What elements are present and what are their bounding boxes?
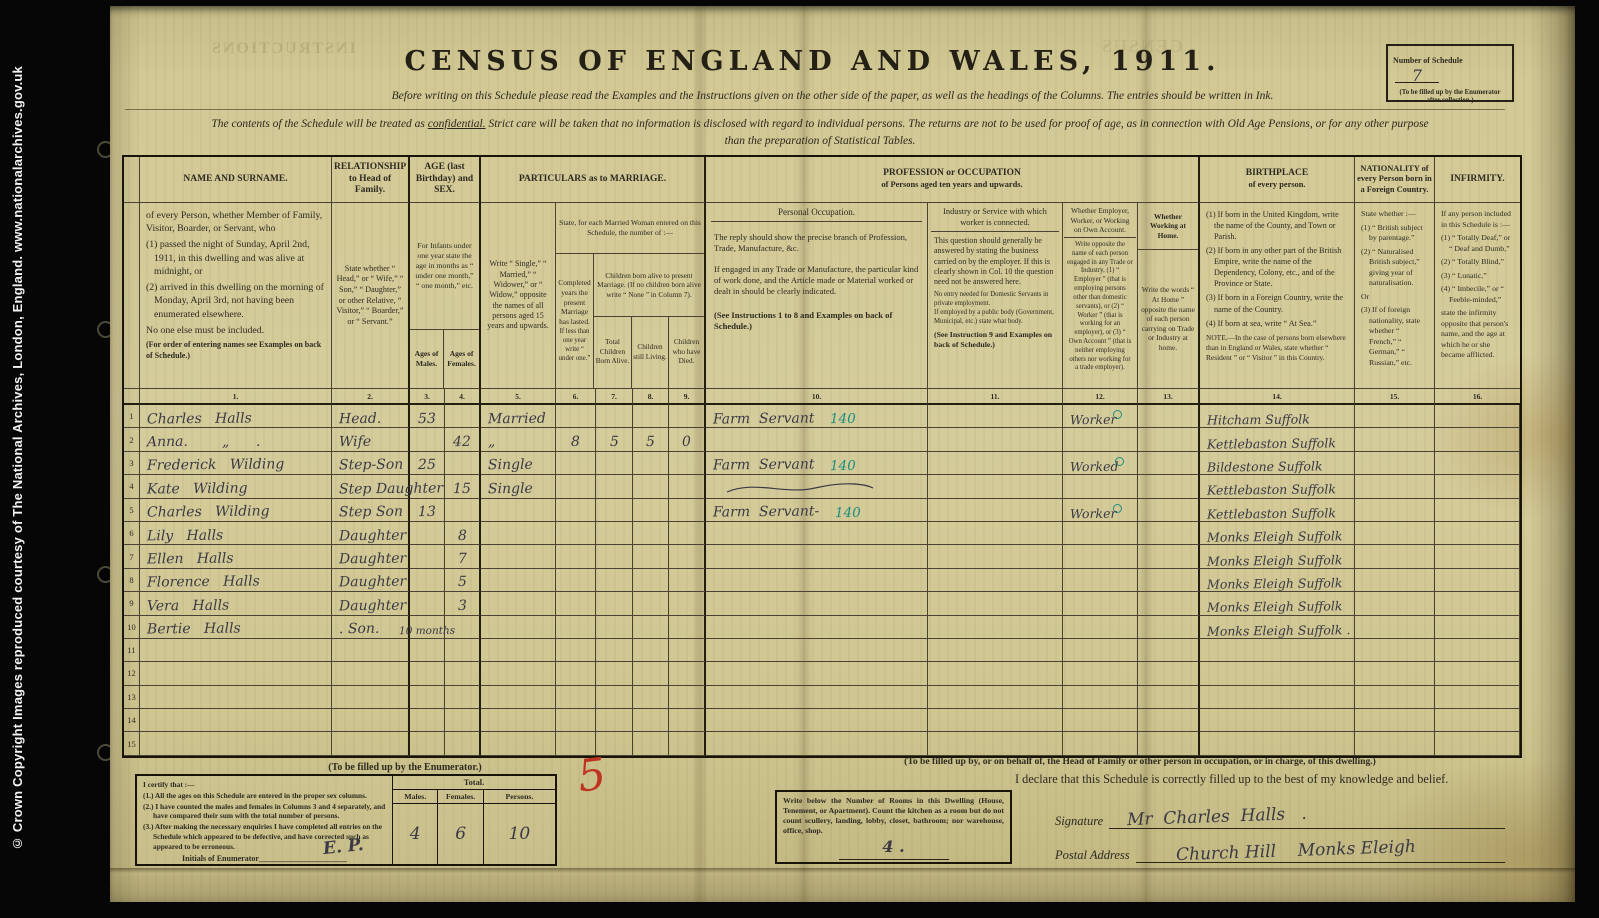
head-of-family-section-heading: (To be filled up by, or on behalf of, th…: [770, 756, 1510, 767]
cell-children-living: [633, 405, 669, 428]
cell-age-males: 53: [410, 405, 445, 428]
cell-marriage: [481, 639, 556, 662]
cell-at-home: [1138, 686, 1200, 709]
table-header-descriptions: of every Person, whether Member of Famil…: [124, 203, 1520, 389]
cell-industry: [928, 522, 1063, 545]
table-row: 12: [124, 662, 1520, 685]
paper-crease: [110, 868, 1575, 873]
cell-children-living: [633, 662, 669, 685]
cell-age-males: [410, 709, 445, 732]
divider: [125, 109, 1505, 110]
cell-age-males: [410, 686, 445, 709]
cell-marriage: [481, 709, 556, 732]
desc-nationality: State whether :— (1) “ British subject b…: [1355, 203, 1435, 389]
postal-address-handwriting: Church Hill Monks Eleigh: [1175, 837, 1415, 865]
schedule-number-value: 7: [1395, 70, 1439, 83]
cell-marriage: Single: [481, 475, 556, 498]
cell-years-married: [556, 405, 596, 428]
cell-children-living: [633, 616, 669, 639]
cell-occupation: [706, 732, 928, 755]
desc-children-total: Total Children Born Alive.: [594, 317, 632, 388]
column-number: 10.: [706, 389, 928, 405]
cell-occupation: Farm Servant-140: [706, 499, 928, 522]
cell-name: Florence Halls: [140, 569, 332, 592]
cell-nationality: [1355, 569, 1435, 592]
desc-age-infants: For Infants under one year state the age…: [410, 203, 479, 330]
cell-name: Frederick Wilding: [140, 452, 332, 475]
cell-industry: [928, 452, 1063, 475]
cell-infirmity last: [1435, 569, 1520, 592]
cell-relationship: [332, 732, 410, 755]
cell-birthplace: Monks Eleigh Suffolk: [1200, 522, 1355, 545]
cell-industry: [928, 616, 1063, 639]
cell-at-home: [1138, 405, 1200, 428]
row-number: 2: [124, 428, 140, 451]
table-row: 14: [124, 709, 1520, 732]
enumerator-initials-handwriting: E. P.: [322, 833, 365, 860]
cell-marriage: [481, 569, 556, 592]
cell-industry: [928, 662, 1063, 685]
cell-at-home: [1138, 709, 1200, 732]
cell-marriage: [481, 592, 556, 615]
cell-infirmity last: [1435, 522, 1520, 545]
cell-nationality: [1355, 452, 1435, 475]
cell-age-females: 8: [445, 522, 481, 545]
cell-relationship: [332, 709, 410, 732]
instruction-line-1: Before writing on this Schedule please r…: [240, 90, 1425, 102]
cell-employer: [1063, 732, 1138, 755]
cell-name: [140, 662, 332, 685]
cell-children-born: [596, 592, 633, 615]
cell-children-born: [596, 452, 633, 475]
cell-children-born: [596, 522, 633, 545]
cell-at-home: [1138, 662, 1200, 685]
cell-employer: [1063, 569, 1138, 592]
cell-children-born: [596, 662, 633, 685]
table-row: 9Vera HallsDaughter3Monks Eleigh Suffolk: [124, 592, 1520, 615]
cell-children-died: [669, 709, 706, 732]
cell-nationality: [1355, 522, 1435, 545]
red-pencil-mark: 5: [575, 752, 608, 799]
signature-row: Signature Mr Charles Halls .: [1055, 806, 1505, 829]
cell-employer: [1063, 428, 1138, 451]
schedule-paper: INSTRUCTIONS CENSUS CENSUS OF ENGLAND AN…: [110, 6, 1575, 902]
cell-birthplace: Bildestone Suffolk: [1200, 452, 1355, 475]
cell-birthplace: Monks Eleigh Suffolk: [1200, 569, 1355, 592]
cell-years-married: [556, 475, 596, 498]
column-number: 3.: [410, 389, 445, 405]
table-row: 8Florence HallsDaughter5Monks Eleigh Suf…: [124, 569, 1520, 592]
cell-industry: [928, 405, 1063, 428]
table-row: 1Charles HallsHead.53MarriedFarm Servant…: [124, 405, 1520, 428]
cell-at-home: [1138, 499, 1200, 522]
census-schedule-scan: © Crown Copyright Images reproduced cour…: [0, 0, 1599, 918]
cell-relationship: [332, 686, 410, 709]
cell-occupation: [706, 545, 928, 568]
cell-at-home: [1138, 475, 1200, 498]
cell-children-died: [669, 522, 706, 545]
desc-ages-females: Ages of Females.: [444, 330, 479, 388]
form-title: CENSUS OF ENGLAND AND WALES, 1911.: [170, 46, 1455, 77]
cell-nationality: [1355, 592, 1435, 615]
cell-occupation: [706, 569, 928, 592]
column-number: 15.: [1355, 389, 1435, 405]
cell-birthplace: Monks Eleigh Suffolk: [1200, 545, 1355, 568]
cell-at-home: [1138, 452, 1200, 475]
desc-infirmity: If any person included in this Schedule …: [1435, 203, 1520, 389]
table-row: 4Kate WildingStep Daughter15SingleKettle…: [124, 475, 1520, 498]
cell-employer: [1063, 662, 1138, 685]
cell-marriage: [481, 522, 556, 545]
cell-at-home: [1138, 732, 1200, 755]
cell-age-females: 5: [445, 569, 481, 592]
cell-employer: [1063, 616, 1138, 639]
table-header-groups: NAME AND SURNAME. RELATIONSHIP to Head o…: [124, 157, 1520, 203]
cell-industry: [928, 545, 1063, 568]
signature-label: Signature: [1055, 814, 1103, 829]
cell-years-married: [556, 545, 596, 568]
table-row: 5Charles WildingStep Son13Farm Servant-1…: [124, 499, 1520, 522]
row-number: 8: [124, 569, 140, 592]
cell-children-born: [596, 499, 633, 522]
cell-children-born: [596, 405, 633, 428]
row-number: 13: [124, 686, 140, 709]
cell-name: Kate Wilding: [140, 475, 332, 498]
cell-age-males: [410, 545, 445, 568]
cell-industry: [928, 686, 1063, 709]
signature-handwriting: Mr Charles Halls .: [1127, 804, 1307, 830]
cell-years-married: [556, 616, 596, 639]
table-row: 15: [124, 732, 1520, 755]
cell-age-males: [410, 569, 445, 592]
cell-children-died: 0: [669, 428, 706, 451]
row-number: 12: [124, 662, 140, 685]
header-gutter: [124, 157, 140, 203]
totals-box: Total. Males. 4 Females. 6 Persons. 10: [393, 776, 555, 864]
cell-nationality: [1355, 545, 1435, 568]
cell-industry: [928, 709, 1063, 732]
cell-name: Ellen Halls: [140, 545, 332, 568]
desc-children-head: Children born alive to present Marriage.…: [594, 254, 704, 317]
occupation-code: 140: [830, 459, 856, 473]
cell-marriage: [481, 732, 556, 755]
cell-industry: [928, 499, 1063, 522]
desc-age: For Infants under one year state the age…: [410, 203, 481, 389]
desc-name: of every Person, whether Member of Famil…: [140, 203, 332, 389]
header-gutter: [124, 203, 140, 389]
cell-children-living: [633, 569, 669, 592]
cell-name: [140, 732, 332, 755]
cell-years-married: [556, 709, 596, 732]
cell-occupation: [706, 616, 928, 639]
cell-birthplace: [1200, 732, 1355, 755]
cell-years-married: [556, 522, 596, 545]
cell-age-females: [445, 499, 481, 522]
cell-nationality: [1355, 405, 1435, 428]
column-number: 11.: [928, 389, 1063, 405]
cell-children-living: [633, 592, 669, 615]
cell-years-married: [556, 686, 596, 709]
schedule-number-label: Number of Schedule: [1393, 56, 1463, 65]
header-birthplace: BIRTHPLACE of every person.: [1200, 157, 1355, 203]
cell-age-females: [445, 709, 481, 732]
cell-age-females: [445, 732, 481, 755]
row-number: 7: [124, 545, 140, 568]
total-males: Males. 4: [393, 790, 438, 864]
cell-at-home: [1138, 545, 1200, 568]
cell-children-living: [633, 686, 669, 709]
desc-children: Children born alive to present Marriage.…: [594, 254, 704, 388]
total-persons-value: 10: [509, 824, 531, 844]
cell-relationship: Step Son: [332, 499, 410, 522]
total-females: Females. 6: [438, 790, 483, 864]
header-marriage: PARTICULARS as to MARRIAGE.: [481, 157, 706, 203]
cell-employer: Worked: [1063, 452, 1138, 475]
archive-copyright-strip: © Crown Copyright Images reproduced cour…: [4, 0, 30, 918]
cell-age-males: [410, 732, 445, 755]
postal-address-label: Postal Address: [1055, 848, 1130, 863]
cell-infirmity last: [1435, 428, 1520, 451]
cell-infirmity last: [1435, 405, 1520, 428]
cell-birthplace: Kettlebaston Suffolk: [1200, 499, 1355, 522]
row-number: 4: [124, 475, 140, 498]
enumerator-certification: I certify that :— (1.) All the ages on t…: [137, 776, 393, 864]
enumerator-box: I certify that :— (1.) All the ages on t…: [135, 774, 557, 866]
header-relationship: RELATIONSHIP to Head of Family.: [332, 157, 410, 203]
cell-birthplace: [1200, 686, 1355, 709]
row-number: 5: [124, 499, 140, 522]
cell-industry: [928, 428, 1063, 451]
cell-name: Lily Halls: [140, 522, 332, 545]
cell-marriage: Single: [481, 452, 556, 475]
column-number: 16.: [1435, 389, 1520, 405]
cell-nationality: [1355, 732, 1435, 755]
cell-children-born: 5: [596, 428, 633, 451]
desc-children-living: Children still Living.: [632, 317, 669, 388]
column-number: 12.: [1063, 389, 1138, 405]
cell-marriage: [481, 662, 556, 685]
column-number: 4.: [445, 389, 481, 405]
cell-marriage: [481, 686, 556, 709]
cell-years-married: [556, 662, 596, 685]
cell-industry: [928, 639, 1063, 662]
header-infirmity: INFIRMITY.: [1435, 157, 1520, 203]
cell-years-married: [556, 639, 596, 662]
cell-name: [140, 686, 332, 709]
cell-occupation: [706, 639, 928, 662]
cell-at-home: [1138, 428, 1200, 451]
cell-age-males: [410, 592, 445, 615]
cell-age-males: [410, 475, 445, 498]
column-number: 2.: [332, 389, 410, 405]
cell-children-born: [596, 616, 633, 639]
cell-occupation: [706, 709, 928, 732]
cell-infirmity last: [1435, 686, 1520, 709]
cell-age-males: 13: [410, 499, 445, 522]
cell-relationship: Step-Son: [332, 452, 410, 475]
cell-nationality: [1355, 428, 1435, 451]
cell-children-born: [596, 686, 633, 709]
census-table: NAME AND SURNAME. RELATIONSHIP to Head o…: [122, 155, 1522, 758]
cell-occupation: [706, 686, 928, 709]
cell-years-married: [556, 569, 596, 592]
total-label: Total.: [393, 776, 555, 790]
cell-industry: [928, 592, 1063, 615]
desc-birthplace: (1) If born in the United Kingdom, write…: [1200, 203, 1355, 389]
table-row: 11: [124, 639, 1520, 662]
cell-birthplace: Monks Eleigh Suffolk: [1200, 592, 1355, 615]
cell-age-females: [445, 452, 481, 475]
cell-nationality: [1355, 616, 1435, 639]
cell-children-died: [669, 569, 706, 592]
cell-children-died: [669, 732, 706, 755]
rooms-box: Write below the Number of Rooms in this …: [775, 790, 1012, 864]
table-body: 1Charles HallsHead.53MarriedFarm Servant…: [124, 405, 1520, 756]
cell-children-born: [596, 569, 633, 592]
cell-relationship: Step Daughter: [332, 475, 410, 498]
cell-age-females: 42: [445, 428, 481, 451]
cell-infirmity last: [1435, 662, 1520, 685]
column-number: 7.: [596, 389, 633, 405]
column-number: 13.: [1138, 389, 1200, 405]
cell-children-died: [669, 499, 706, 522]
rooms-value: 4 .: [839, 837, 949, 860]
desc-ages-males: Ages of Males.: [410, 330, 444, 388]
occupation-code: 140: [830, 412, 856, 426]
row-number: 1: [124, 405, 140, 428]
cell-name: [140, 639, 332, 662]
copyright-text: © Crown Copyright Images reproduced cour…: [10, 66, 25, 851]
cell-marriage: Married: [481, 405, 556, 428]
desc-relationship: State whether “ Head,” or “ Wife,” “ Son…: [332, 203, 410, 389]
total-females-value: 6: [455, 824, 466, 844]
cell-children-born: [596, 709, 633, 732]
cell-employer: Worker: [1063, 405, 1138, 428]
column-number: 6.: [556, 389, 596, 405]
cell-children-died: [669, 475, 706, 498]
table-row: 6Lily HallsDaughter8Monks Eleigh Suffolk: [124, 522, 1520, 545]
cell-employer: [1063, 545, 1138, 568]
desc-employer: Whether Employer, Worker, or Working on …: [1063, 203, 1138, 389]
cell-age-females: [445, 662, 481, 685]
cell-infirmity last: [1435, 616, 1520, 639]
cell-children-died: [669, 452, 706, 475]
cell-children-died: [669, 405, 706, 428]
cell-marriage: [481, 545, 556, 568]
cell-birthplace: Hitcham Suffolk: [1200, 405, 1355, 428]
cell-birthplace: [1200, 639, 1355, 662]
cell-age-males: [410, 639, 445, 662]
table-row: 13: [124, 686, 1520, 709]
cell-occupation: Farm Servant140: [706, 452, 928, 475]
occupation-code: 140: [835, 506, 861, 520]
desc-children-died: Children who have Died.: [669, 317, 704, 388]
cell-children-living: [633, 545, 669, 568]
cell-infirmity last: [1435, 592, 1520, 615]
column-number: 14.: [1200, 389, 1355, 405]
cell-children-died: [669, 592, 706, 615]
cell-age-females: 7: [445, 545, 481, 568]
cell-name: Charles Wilding: [140, 499, 332, 522]
cell-marriage: [481, 616, 556, 639]
cell-children-died: [669, 616, 706, 639]
row-number: 15: [124, 732, 140, 755]
cell-at-home: [1138, 592, 1200, 615]
cell-employer: [1063, 686, 1138, 709]
declaration-text: I declare that this Schedule is correctl…: [1015, 772, 1507, 787]
cell-age-males: [410, 522, 445, 545]
table-row: 10Bertie Halls. Son.10 monthsMonks Eleig…: [124, 616, 1520, 639]
desc-married-woman: State, for each Married Woman entered on…: [556, 203, 706, 389]
cell-birthplace: Kettlebaston Suffolk: [1200, 475, 1355, 498]
cell-nationality: [1355, 639, 1435, 662]
cell-children-born: [596, 475, 633, 498]
cell-relationship: Head.: [332, 405, 410, 428]
cell-nationality: [1355, 686, 1435, 709]
cell-at-home: [1138, 639, 1200, 662]
desc-occupation: Personal Occupation. The reply should sh…: [706, 203, 928, 389]
row-number: 6: [124, 522, 140, 545]
cell-birthplace: [1200, 709, 1355, 732]
cell-infirmity last: [1435, 475, 1520, 498]
cell-years-married: [556, 592, 596, 615]
cell-infirmity last: [1435, 732, 1520, 755]
cell-occupation: [706, 428, 928, 451]
cell-age-females: 3: [445, 592, 481, 615]
cell-age-males: 25: [410, 452, 445, 475]
cell-occupation: Farm Servant140: [706, 405, 928, 428]
cell-name: [140, 709, 332, 732]
cell-industry: [928, 732, 1063, 755]
table-row: 7Ellen HallsDaughter7Monks Eleigh Suffol…: [124, 545, 1520, 568]
cell-employer: [1063, 709, 1138, 732]
cell-infirmity last: [1435, 709, 1520, 732]
ditto-flourish: [725, 482, 875, 496]
cell-children-died: [669, 662, 706, 685]
cell-children-living: [633, 475, 669, 498]
desc-years-married: Completed years the present Marriage has…: [556, 254, 594, 388]
cell-years-married: [556, 499, 596, 522]
cell-relationship: Wife: [332, 428, 410, 451]
cell-name: Anna.„ .: [140, 428, 332, 451]
cell-marriage: [481, 499, 556, 522]
row-number: 9: [124, 592, 140, 615]
cell-birthplace: Monks Eleigh Suffolk .: [1200, 616, 1355, 639]
desc-marriage-write: Write “ Single,” “ Married,” “ Widower,”…: [481, 203, 556, 389]
cell-relationship: Daughter: [332, 545, 410, 568]
cell-children-died: [669, 545, 706, 568]
cell-children-living: 5: [633, 428, 669, 451]
row-number: 3: [124, 452, 140, 475]
cell-occupation: [706, 522, 928, 545]
cell-age-females: [445, 639, 481, 662]
header-name: NAME AND SURNAME.: [140, 157, 332, 203]
enumerator-section-heading: (To be filled up by the Enumerator.): [240, 762, 570, 773]
cell-birthplace: [1200, 662, 1355, 685]
cell-age-females: [445, 686, 481, 709]
cell-age-males: [410, 428, 445, 451]
column-number: 8.: [633, 389, 669, 405]
column-numbers-row: 1.2.3.4.5.6.7.8.9.10.11.12.13.14.15.16.: [124, 389, 1520, 405]
cell-at-home: [1138, 616, 1200, 639]
cell-employer: [1063, 522, 1138, 545]
cell-infirmity last: [1435, 639, 1520, 662]
cell-employer: [1063, 592, 1138, 615]
desc-marriage-state: State, for each Married Woman entered on…: [556, 203, 704, 254]
cell-children-living: [633, 639, 669, 662]
cell-relationship: Daughter: [332, 522, 410, 545]
cell-occupation: [706, 475, 928, 498]
